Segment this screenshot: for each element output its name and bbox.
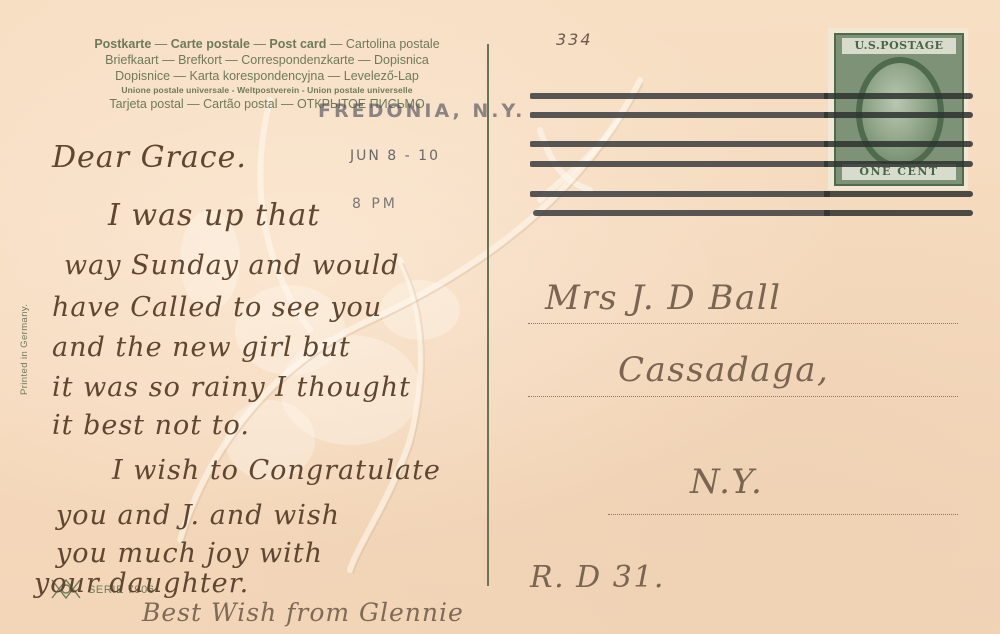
postcard-back: Postkarte — Carte postale — Post card — …: [0, 0, 1000, 634]
header-carte-postale: Carte postale: [171, 37, 250, 51]
header-row-2: Briefkaart — Brefkort — Correspondenzkar…: [62, 52, 472, 68]
header-cartao-postal: Cartão postal: [203, 97, 277, 111]
header-row-3: Dopisnice — Karta korespondencyjna — Lev…: [62, 68, 472, 84]
message-line: it was so rainy I thought: [52, 372, 411, 403]
address-state: N.Y.: [690, 462, 763, 502]
address-line-1: [528, 323, 958, 324]
header-postkarte: Postkarte: [94, 37, 151, 51]
cancellation-bars: [530, 92, 830, 227]
address-route: R. D 31.: [530, 560, 665, 595]
message-line: you much joy with: [56, 538, 323, 569]
header-karta-korespondencyjna: Karta korespondencyjna: [190, 69, 325, 83]
stamp-top-text: U.S.POSTAGE: [842, 38, 956, 54]
header-dopisnice: Dopisnice: [115, 69, 170, 83]
header-briefkaart: Briefkaart: [105, 53, 159, 67]
header-unione-postale: Unione postale universale: [121, 85, 229, 95]
message-line: have Called to see you: [52, 292, 382, 323]
header-row-4: Unione postale universale - Weltpostvere…: [62, 84, 472, 96]
reference-number: 334: [556, 30, 593, 49]
header-cartolina-postale: Cartolina postale: [346, 37, 440, 51]
header-correspondenzkarte: Correspondenzkarte: [241, 53, 354, 67]
header-union-postale: Union postale universelle: [307, 85, 412, 95]
header-levelezo-lap: Levelező-Lap: [344, 69, 419, 83]
address-name: Mrs J. D Ball: [545, 278, 782, 318]
header-brefkort: Brefkort: [178, 53, 222, 67]
message-line: I wish to Congratulate: [112, 455, 441, 486]
stamp-cancellation-bars: [824, 92, 974, 227]
message-signature: Best Wish from Glennie: [142, 598, 464, 627]
address-line-3: [608, 514, 958, 515]
postmark-town: FREDONIA, N.Y.: [318, 100, 525, 122]
postmark-date: JUN 8 - 10: [350, 148, 440, 164]
message-line: your daughter.: [34, 568, 249, 599]
message-line: I was up that: [108, 198, 320, 233]
address-line-2: [528, 396, 958, 397]
header-weltpostverein: Weltpostverein: [237, 85, 299, 95]
message-line: it best not to.: [52, 410, 250, 441]
message-line: you and J. and wish: [56, 500, 340, 531]
printed-in-germany-label: Printed in Germany.: [19, 304, 30, 395]
address-town: Cassadaga,: [618, 350, 829, 390]
message-line: way Sunday and would: [64, 250, 400, 281]
header-post-card: Post card: [269, 37, 326, 51]
header-tarjeta-postal: Tarjeta postal: [109, 97, 183, 111]
center-divider-line: [487, 44, 489, 586]
message-line: Dear Grace.: [52, 140, 247, 175]
postmark-time: 8 PM: [352, 196, 398, 212]
message-line: and the new girl but: [52, 332, 351, 363]
header-row-1: Postkarte — Carte postale — Post card — …: [62, 36, 472, 52]
header-dopisnica: Dopisnica: [374, 53, 429, 67]
